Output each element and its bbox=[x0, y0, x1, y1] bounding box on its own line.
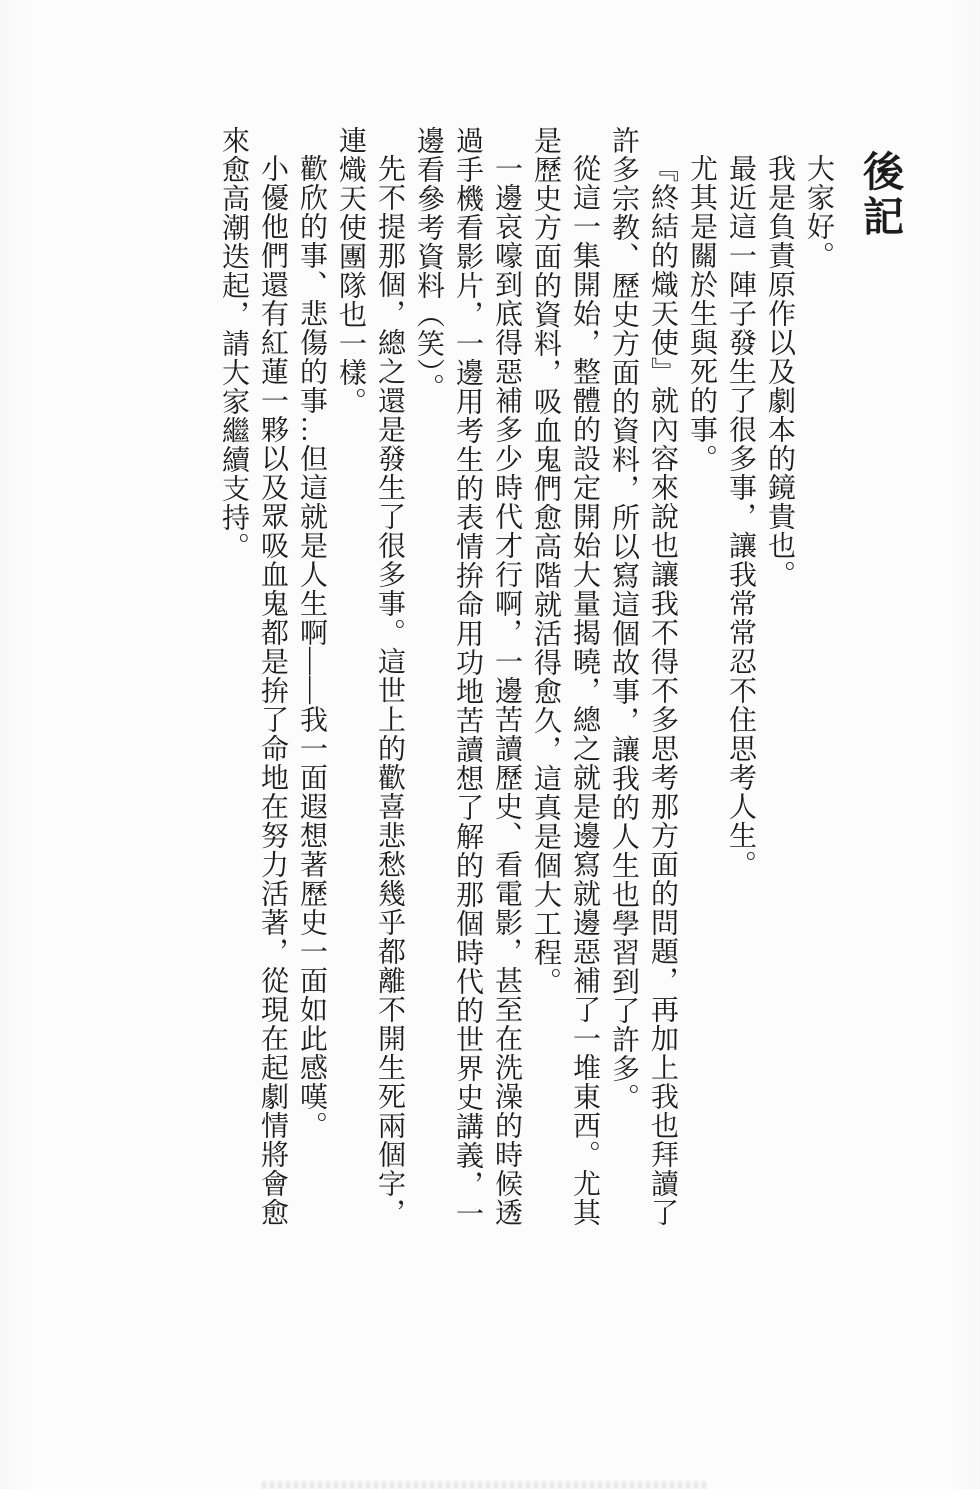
afterword-title: 後記 bbox=[854, 126, 906, 1234]
paragraph: 尤其是關於生與死的事。 bbox=[682, 126, 721, 1234]
cropped-bottom-text-artifact bbox=[262, 1481, 710, 1489]
paragraph: 從這一集開始，整體的設定開始大量揭曉，總之就是邊寫就邊惡補了一堆東西。尤其是歷史… bbox=[526, 126, 604, 1234]
paragraph: 我是負責原作以及劇本的鏡貴也。 bbox=[760, 126, 799, 1234]
paragraph: 小優他們還有紅蓮一夥以及眾吸血鬼都是拚了命地在努力活著，從現在起劇情將會愈來愈高… bbox=[214, 126, 292, 1234]
paragraph: 先不提那個，總之還是發生了很多事。這世上的歡喜悲愁幾乎都離不開生死兩個字，連熾天… bbox=[331, 126, 409, 1234]
paragraph: 歡欣的事、悲傷的事…但這就是人生啊——我一面遐想著歷史一面如此感嘆。 bbox=[292, 126, 331, 1234]
paragraph: 最近這一陣子發生了很多事，讓我常常忍不住思考人生。 bbox=[721, 126, 760, 1234]
book-page: 後記 大家好。 我是負責原作以及劇本的鏡貴也。 最近這一陣子發生了很多事，讓我常… bbox=[0, 0, 980, 1489]
paragraph: 一邊哀嚎到底得惡補多少時代才行啊，一邊苦讀歷史、看電影，甚至在洗澡的時候透過手機… bbox=[409, 126, 526, 1234]
afterword-text-block: 後記 大家好。 我是負責原作以及劇本的鏡貴也。 最近這一陣子發生了很多事，讓我常… bbox=[214, 126, 906, 1234]
paragraph: 大家好。 bbox=[799, 126, 838, 1234]
paragraph: 『終結的熾天使』就內容來說也讓我不得不多思考那方面的問題，再加上我也拜讀了許多宗… bbox=[604, 126, 682, 1234]
